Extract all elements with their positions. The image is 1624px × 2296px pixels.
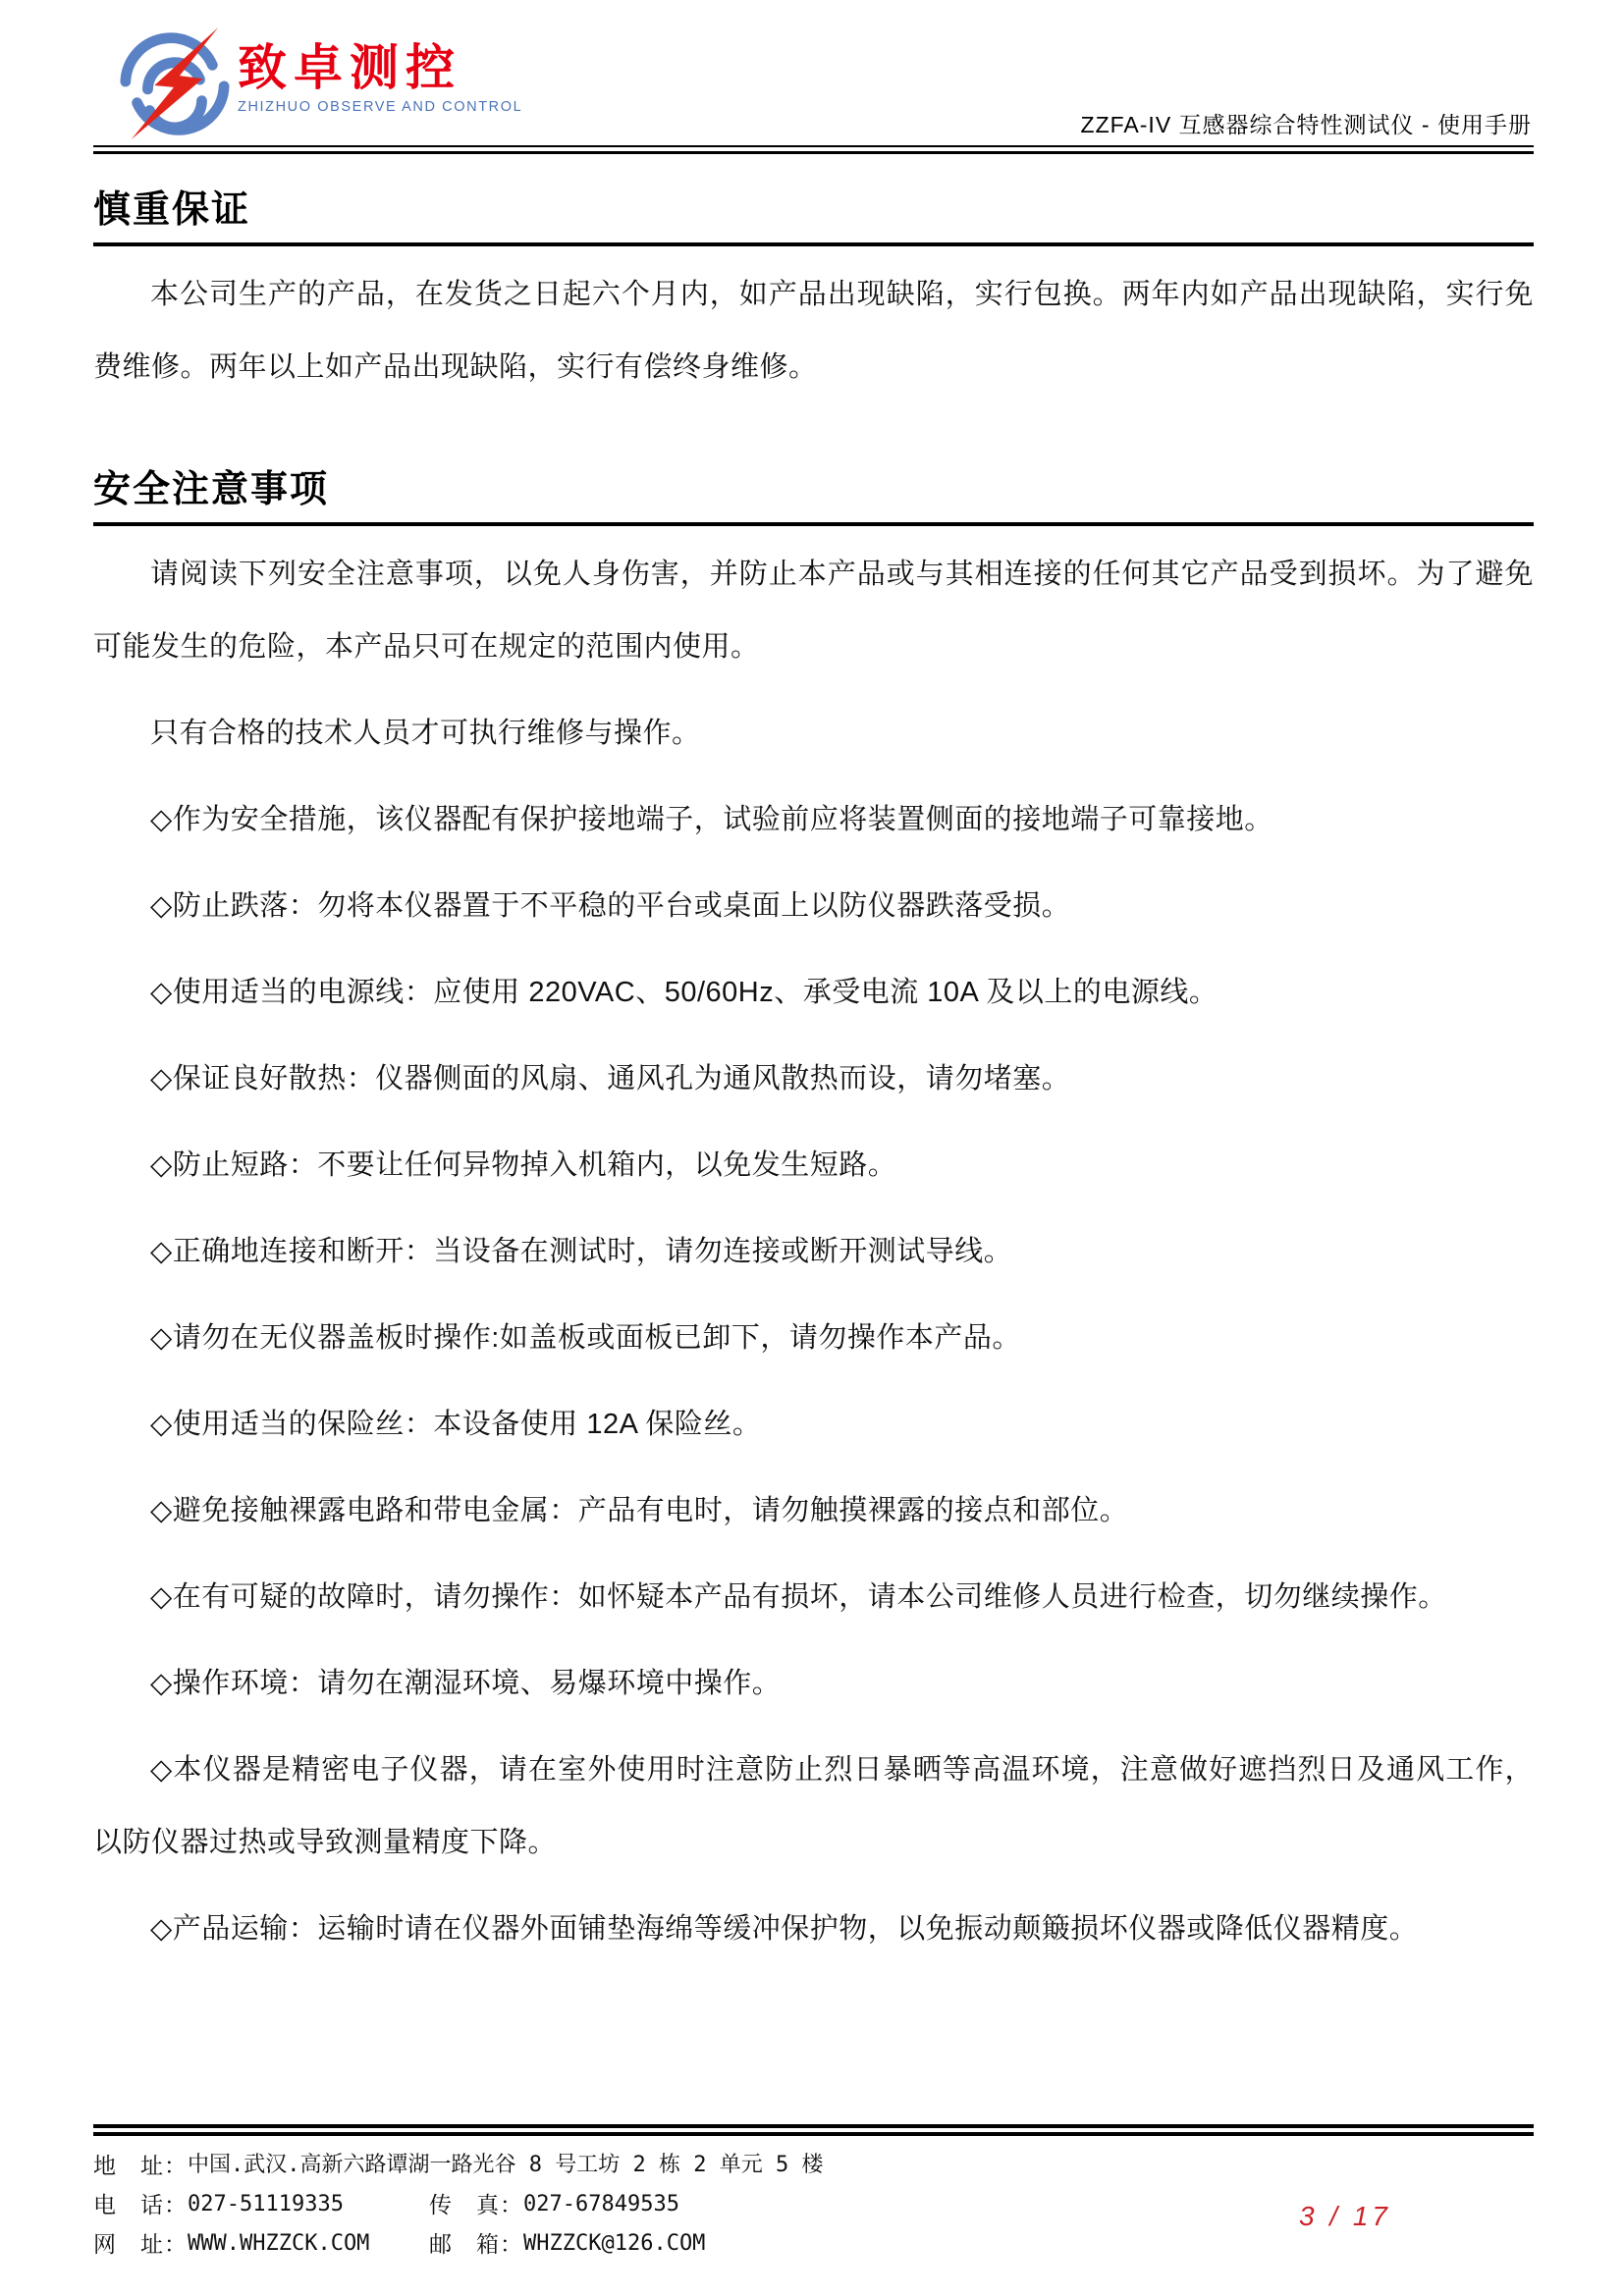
- email-label: 邮 箱：: [429, 2224, 523, 2264]
- brand-name: 致卓测控: [238, 41, 522, 95]
- safety-item: ◇本仪器是精密电子仪器，请在室外使用时注意防止烈日暴晒等高温环境，注意做好遮挡烈…: [93, 1734, 1534, 1879]
- safety-item: ◇正确地连接和断开：当设备在测试时，请勿连接或断开测试导线。: [93, 1215, 1534, 1288]
- safety-item: ◇防止跌落：勿将本仪器置于不平稳的平台或桌面上以防仪器跌落受损。: [93, 870, 1534, 942]
- footer-rule: [93, 2124, 1534, 2134]
- website-label: 网 址：: [93, 2224, 188, 2264]
- safety-item: ◇防止短路：不要让任何异物掉入机箱内，以免发生短路。: [93, 1129, 1534, 1201]
- safety-item: ◇保证良好散热：仪器侧面的风扇、通风孔为通风散热而设，请勿堵塞。: [93, 1042, 1534, 1115]
- warranty-heading: 慎重保证: [93, 179, 1534, 246]
- safety-item: ◇使用适当的电源线：应使用 220VAC、50/60Hz、承受电流 10A 及以…: [93, 956, 1534, 1029]
- manual-page: 致卓测控 ZHIZHUO OBSERVE AND CONTROL ZZFA-IV…: [0, 0, 1624, 2296]
- safety-item: ◇在有可疑的故障时，请勿操作：如怀疑本产品有损坏，请本公司维修人员进行检查，切勿…: [93, 1561, 1534, 1633]
- company-logo: 致卓测控 ZHIZHUO OBSERVE AND CONTROL: [116, 26, 522, 141]
- safety-item: ◇产品运输：运输时请在仪器外面铺垫海绵等缓冲保护物，以免振动颠簸损坏仪器或降低仪…: [93, 1893, 1534, 1965]
- safety-heading: 安全注意事项: [93, 458, 1534, 526]
- brand-subtitle: ZHIZHUO OBSERVE AND CONTROL: [238, 99, 522, 115]
- address-value: 中国.武汉.高新六路谭湖一路光谷 8 号工坊 2 栋 2 单元 5 楼: [188, 2146, 823, 2185]
- address-label: 地 址：: [93, 2146, 188, 2185]
- safety-item: ◇作为安全措施，该仪器配有保护接地端子，试验前应将装置侧面的接地端子可靠接地。: [93, 783, 1534, 856]
- logo-text: 致卓测控 ZHIZHUO OBSERVE AND CONTROL: [238, 41, 522, 115]
- safety-item: ◇请勿在无仪器盖板时操作:如盖板或面板已卸下，请勿操作本产品。: [93, 1302, 1534, 1374]
- lightning-signal-logo-icon: [116, 26, 232, 141]
- safety-item: ◇避免接触裸露电路和带电金属：产品有电时，请勿触摸裸露的接点和部位。: [93, 1474, 1534, 1547]
- website-value: WWW.WHZZCK.COM: [188, 2224, 369, 2264]
- safety-item: ◇使用适当的保险丝：本设备使用 12A 保险丝。: [93, 1388, 1534, 1461]
- phone-label: 电 话：: [93, 2185, 188, 2224]
- page-header: 致卓测控 ZHIZHUO OBSERVE AND CONTROL ZZFA-IV…: [93, 0, 1534, 145]
- header-rule: [93, 145, 1534, 155]
- email-value: WHZZCK@126.COM: [523, 2224, 705, 2264]
- safety-list: 只有合格的技术人员才可执行维修与操作。 ◇作为安全措施，该仪器配有保护接地端子，…: [93, 697, 1534, 1965]
- document-title: ZZFA-IV 互感器综合特性测试仪 - 使用手册: [1081, 107, 1532, 139]
- page-footer: 地 址： 中国.武汉.高新六路谭湖一路光谷 8 号工坊 2 栋 2 单元 5 楼…: [93, 2124, 1534, 2264]
- fax-label: 传 真：: [429, 2185, 523, 2224]
- page-number: 3 / 17: [1299, 2201, 1391, 2232]
- warranty-paragraph: 本公司生产的产品，在发货之日起六个月内，如产品出现缺陷，实行包换。两年内如产品出…: [93, 258, 1534, 403]
- footer-row-address: 地 址： 中国.武汉.高新六路谭湖一路光谷 8 号工坊 2 栋 2 单元 5 楼: [93, 2146, 1534, 2185]
- phone-value: 027-51119335: [188, 2185, 344, 2224]
- safety-intro-paragraph: 请阅读下列安全注意事项，以免人身伤害，并防止本产品或与其相连接的任何其它产品受到…: [93, 538, 1534, 683]
- safety-item: ◇操作环境：请勿在潮湿环境、易爆环境中操作。: [93, 1647, 1534, 1720]
- safety-note: 只有合格的技术人员才可执行维修与操作。: [93, 697, 1534, 770]
- fax-value: 027-67849535: [523, 2185, 679, 2224]
